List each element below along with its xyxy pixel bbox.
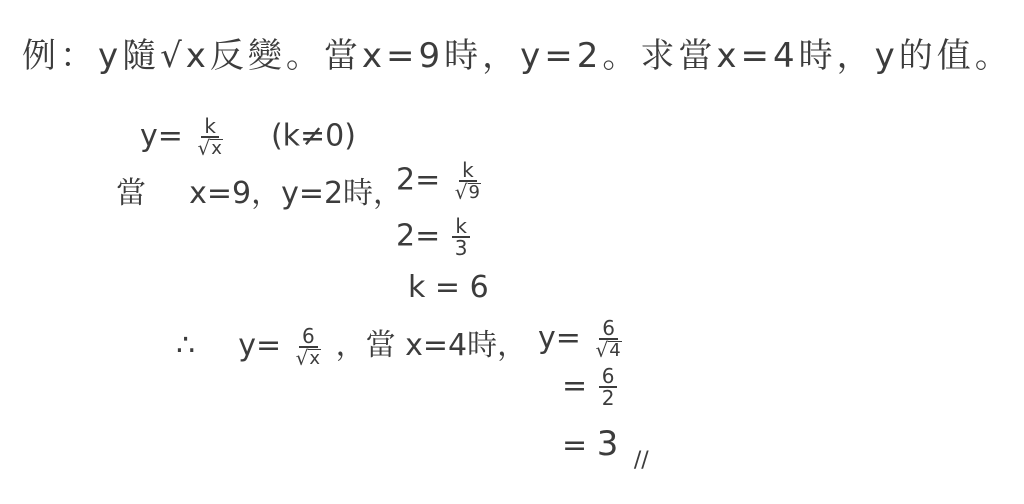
radical-icon: √ <box>455 182 468 202</box>
final-answer: = 3 // <box>562 424 649 464</box>
fraction-6-over-2: 6 2 <box>599 366 618 408</box>
lhs-value: 2 <box>396 163 415 198</box>
radical-argument: x <box>308 349 321 368</box>
equals-sign: = <box>562 369 587 404</box>
label-when: 當 <box>116 176 146 211</box>
fraction-numerator: 6 <box>599 366 618 388</box>
condition-k-nonzero: (k≠0) <box>271 119 356 154</box>
equation-general-form: y= k √x (k≠0) <box>140 116 356 158</box>
fraction-denominator: √4 <box>592 340 624 360</box>
fraction-k-over-sqrt-x: k √x <box>194 116 225 158</box>
variable-y: y <box>538 321 556 356</box>
fraction-denominator: 3 <box>452 238 471 258</box>
final-equation-line: ∴ y= 6 √x ，當 x=4時， <box>176 320 527 368</box>
radical-icon: √ <box>595 340 608 360</box>
fraction-6-over-sqrt-4: 6 √4 <box>592 318 624 360</box>
fraction-denominator: √9 <box>452 182 484 202</box>
fraction-k-over-sqrt-9: k √9 <box>452 160 484 202</box>
fraction-k-over-3: k 3 <box>452 216 471 258</box>
lhs-value: 2 <box>396 219 415 254</box>
fraction-numerator: 6 <box>599 318 618 340</box>
fraction-denominator: √x <box>194 138 225 158</box>
answer-value: 3 <box>597 424 619 464</box>
equals-sign: = <box>415 219 440 254</box>
problem-statement: 例：y隨√x反變。當x=9時，y=2。求當x=4時，y的值。 <box>22 28 1013 77</box>
radical-argument: x <box>210 139 223 158</box>
radical-icon: √ <box>197 138 210 158</box>
end-mark-icon: // <box>634 448 649 473</box>
fraction-denominator: 2 <box>599 388 618 408</box>
fraction-numerator: 6 <box>299 326 318 348</box>
variable-y: y <box>140 119 158 154</box>
y-evaluation: y= 6 √4 <box>538 318 627 360</box>
k-value: k = 6 <box>408 270 489 305</box>
fraction-denominator: √x <box>293 348 324 368</box>
equals-sign: = <box>562 428 587 463</box>
radical-argument: 4 <box>608 341 621 360</box>
fraction-numerator: k <box>452 216 470 238</box>
simplified-equation: 2= k 3 <box>396 216 473 258</box>
given-values: x=9，y=2時， <box>189 176 403 211</box>
fraction-numerator: k <box>201 116 219 138</box>
radical-argument: 9 <box>468 183 481 202</box>
therefore-icon: ∴ <box>176 328 195 363</box>
equals-sign: = <box>415 163 440 198</box>
substitution-line: 當 x=9，y=2時， <box>116 168 403 212</box>
equals-sign: = <box>556 321 581 356</box>
y-simplified: = 6 2 <box>562 366 619 408</box>
fraction-6-over-sqrt-x: 6 √x <box>293 326 324 368</box>
equals-sign: = <box>256 328 281 363</box>
equals-sign: = <box>158 119 183 154</box>
substitution-equation: 2= k √9 <box>396 160 486 202</box>
when-x-equals-4: ，當 x=4時， <box>336 328 528 363</box>
variable-y: y <box>238 328 256 363</box>
fraction-numerator: k <box>459 160 477 182</box>
radical-icon: √ <box>296 348 309 368</box>
